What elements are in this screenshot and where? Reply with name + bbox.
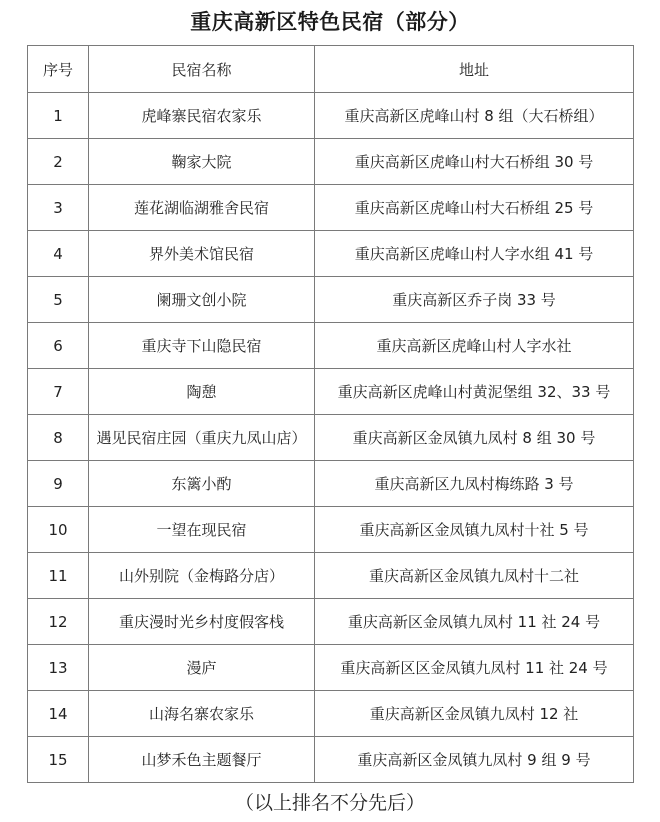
cell-number: 4 [28,231,89,277]
table-row: 10一望在现民宿重庆高新区金凤镇九凤村十社 5 号 [28,507,634,553]
cell-name: 山外别院（金梅路分店） [89,553,315,599]
table-row: 13漫庐重庆高新区区金凤镇九凤村 11 社 24 号 [28,645,634,691]
table-header-row: 序号 民宿名称 地址 [28,46,634,93]
cell-address: 重庆高新区虎峰山村人字水组 41 号 [315,231,634,277]
cell-number: 9 [28,461,89,507]
cell-name: 遇见民宿庄园（重庆九凤山店） [89,415,315,461]
cell-name: 一望在现民宿 [89,507,315,553]
homestay-table: 序号 民宿名称 地址 1虎峰寨民宿农家乐重庆高新区虎峰山村 8 组（大石桥组）2… [27,45,634,783]
cell-address: 重庆高新区虎峰山村大石桥组 30 号 [315,139,634,185]
table-row: 2鞠家大院重庆高新区虎峰山村大石桥组 30 号 [28,139,634,185]
cell-name: 鞠家大院 [89,139,315,185]
table-row: 5阑珊文创小院重庆高新区乔子岗 33 号 [28,277,634,323]
cell-number: 7 [28,369,89,415]
table-row: 15山梦禾色主题餐厅重庆高新区金凤镇九凤村 9 组 9 号 [28,737,634,783]
cell-number: 11 [28,553,89,599]
cell-number: 10 [28,507,89,553]
table-row: 6重庆寺下山隐民宿重庆高新区虎峰山村人字水社 [28,323,634,369]
cell-address: 重庆高新区虎峰山村人字水社 [315,323,634,369]
header-number: 序号 [28,46,89,93]
cell-address: 重庆高新区虎峰山村黄泥堡组 32、33 号 [315,369,634,415]
table-row: 3莲花湖临湖雅舍民宿重庆高新区虎峰山村大石桥组 25 号 [28,185,634,231]
cell-name: 陶憩 [89,369,315,415]
cell-address: 重庆高新区金凤镇九凤村 9 组 9 号 [315,737,634,783]
table-row: 7陶憩重庆高新区虎峰山村黄泥堡组 32、33 号 [28,369,634,415]
document-title: 重庆高新区特色民宿（部分） [0,6,660,38]
cell-name: 重庆寺下山隐民宿 [89,323,315,369]
table-row: 8遇见民宿庄园（重庆九凤山店）重庆高新区金凤镇九凤村 8 组 30 号 [28,415,634,461]
cell-address: 重庆高新区金凤镇九凤村 12 社 [315,691,634,737]
cell-name: 虎峰寨民宿农家乐 [89,93,315,139]
cell-name: 界外美术馆民宿 [89,231,315,277]
cell-number: 12 [28,599,89,645]
header-address: 地址 [315,46,634,93]
cell-name: 山梦禾色主题餐厅 [89,737,315,783]
table-row: 14山海名寨农家乐重庆高新区金凤镇九凤村 12 社 [28,691,634,737]
cell-address: 重庆高新区虎峰山村大石桥组 25 号 [315,185,634,231]
cell-number: 13 [28,645,89,691]
cell-address: 重庆高新区乔子岗 33 号 [315,277,634,323]
cell-name: 阑珊文创小院 [89,277,315,323]
table-row: 4界外美术馆民宿重庆高新区虎峰山村人字水组 41 号 [28,231,634,277]
cell-number: 5 [28,277,89,323]
cell-address: 重庆高新区区金凤镇九凤村 11 社 24 号 [315,645,634,691]
table-row: 11山外别院（金梅路分店）重庆高新区金凤镇九凤村十二社 [28,553,634,599]
cell-address: 重庆高新区金凤镇九凤村十二社 [315,553,634,599]
cell-address: 重庆高新区九凤村梅练路 3 号 [315,461,634,507]
cell-number: 3 [28,185,89,231]
cell-name: 莲花湖临湖雅舍民宿 [89,185,315,231]
cell-number: 14 [28,691,89,737]
cell-address: 重庆高新区金凤镇九凤村 11 社 24 号 [315,599,634,645]
cell-address: 重庆高新区金凤镇九凤村十社 5 号 [315,507,634,553]
table-row: 12重庆漫时光乡村度假客栈重庆高新区金凤镇九凤村 11 社 24 号 [28,599,634,645]
cell-name: 重庆漫时光乡村度假客栈 [89,599,315,645]
footer-note: （以上排名不分先后） [0,788,660,818]
table-row: 9东篱小酌重庆高新区九凤村梅练路 3 号 [28,461,634,507]
cell-address: 重庆高新区金凤镇九凤村 8 组 30 号 [315,415,634,461]
cell-name: 漫庐 [89,645,315,691]
cell-number: 6 [28,323,89,369]
cell-address: 重庆高新区虎峰山村 8 组（大石桥组） [315,93,634,139]
cell-number: 8 [28,415,89,461]
cell-number: 1 [28,93,89,139]
table-row: 1虎峰寨民宿农家乐重庆高新区虎峰山村 8 组（大石桥组） [28,93,634,139]
cell-number: 15 [28,737,89,783]
cell-name: 山海名寨农家乐 [89,691,315,737]
header-name: 民宿名称 [89,46,315,93]
cell-name: 东篱小酌 [89,461,315,507]
cell-number: 2 [28,139,89,185]
